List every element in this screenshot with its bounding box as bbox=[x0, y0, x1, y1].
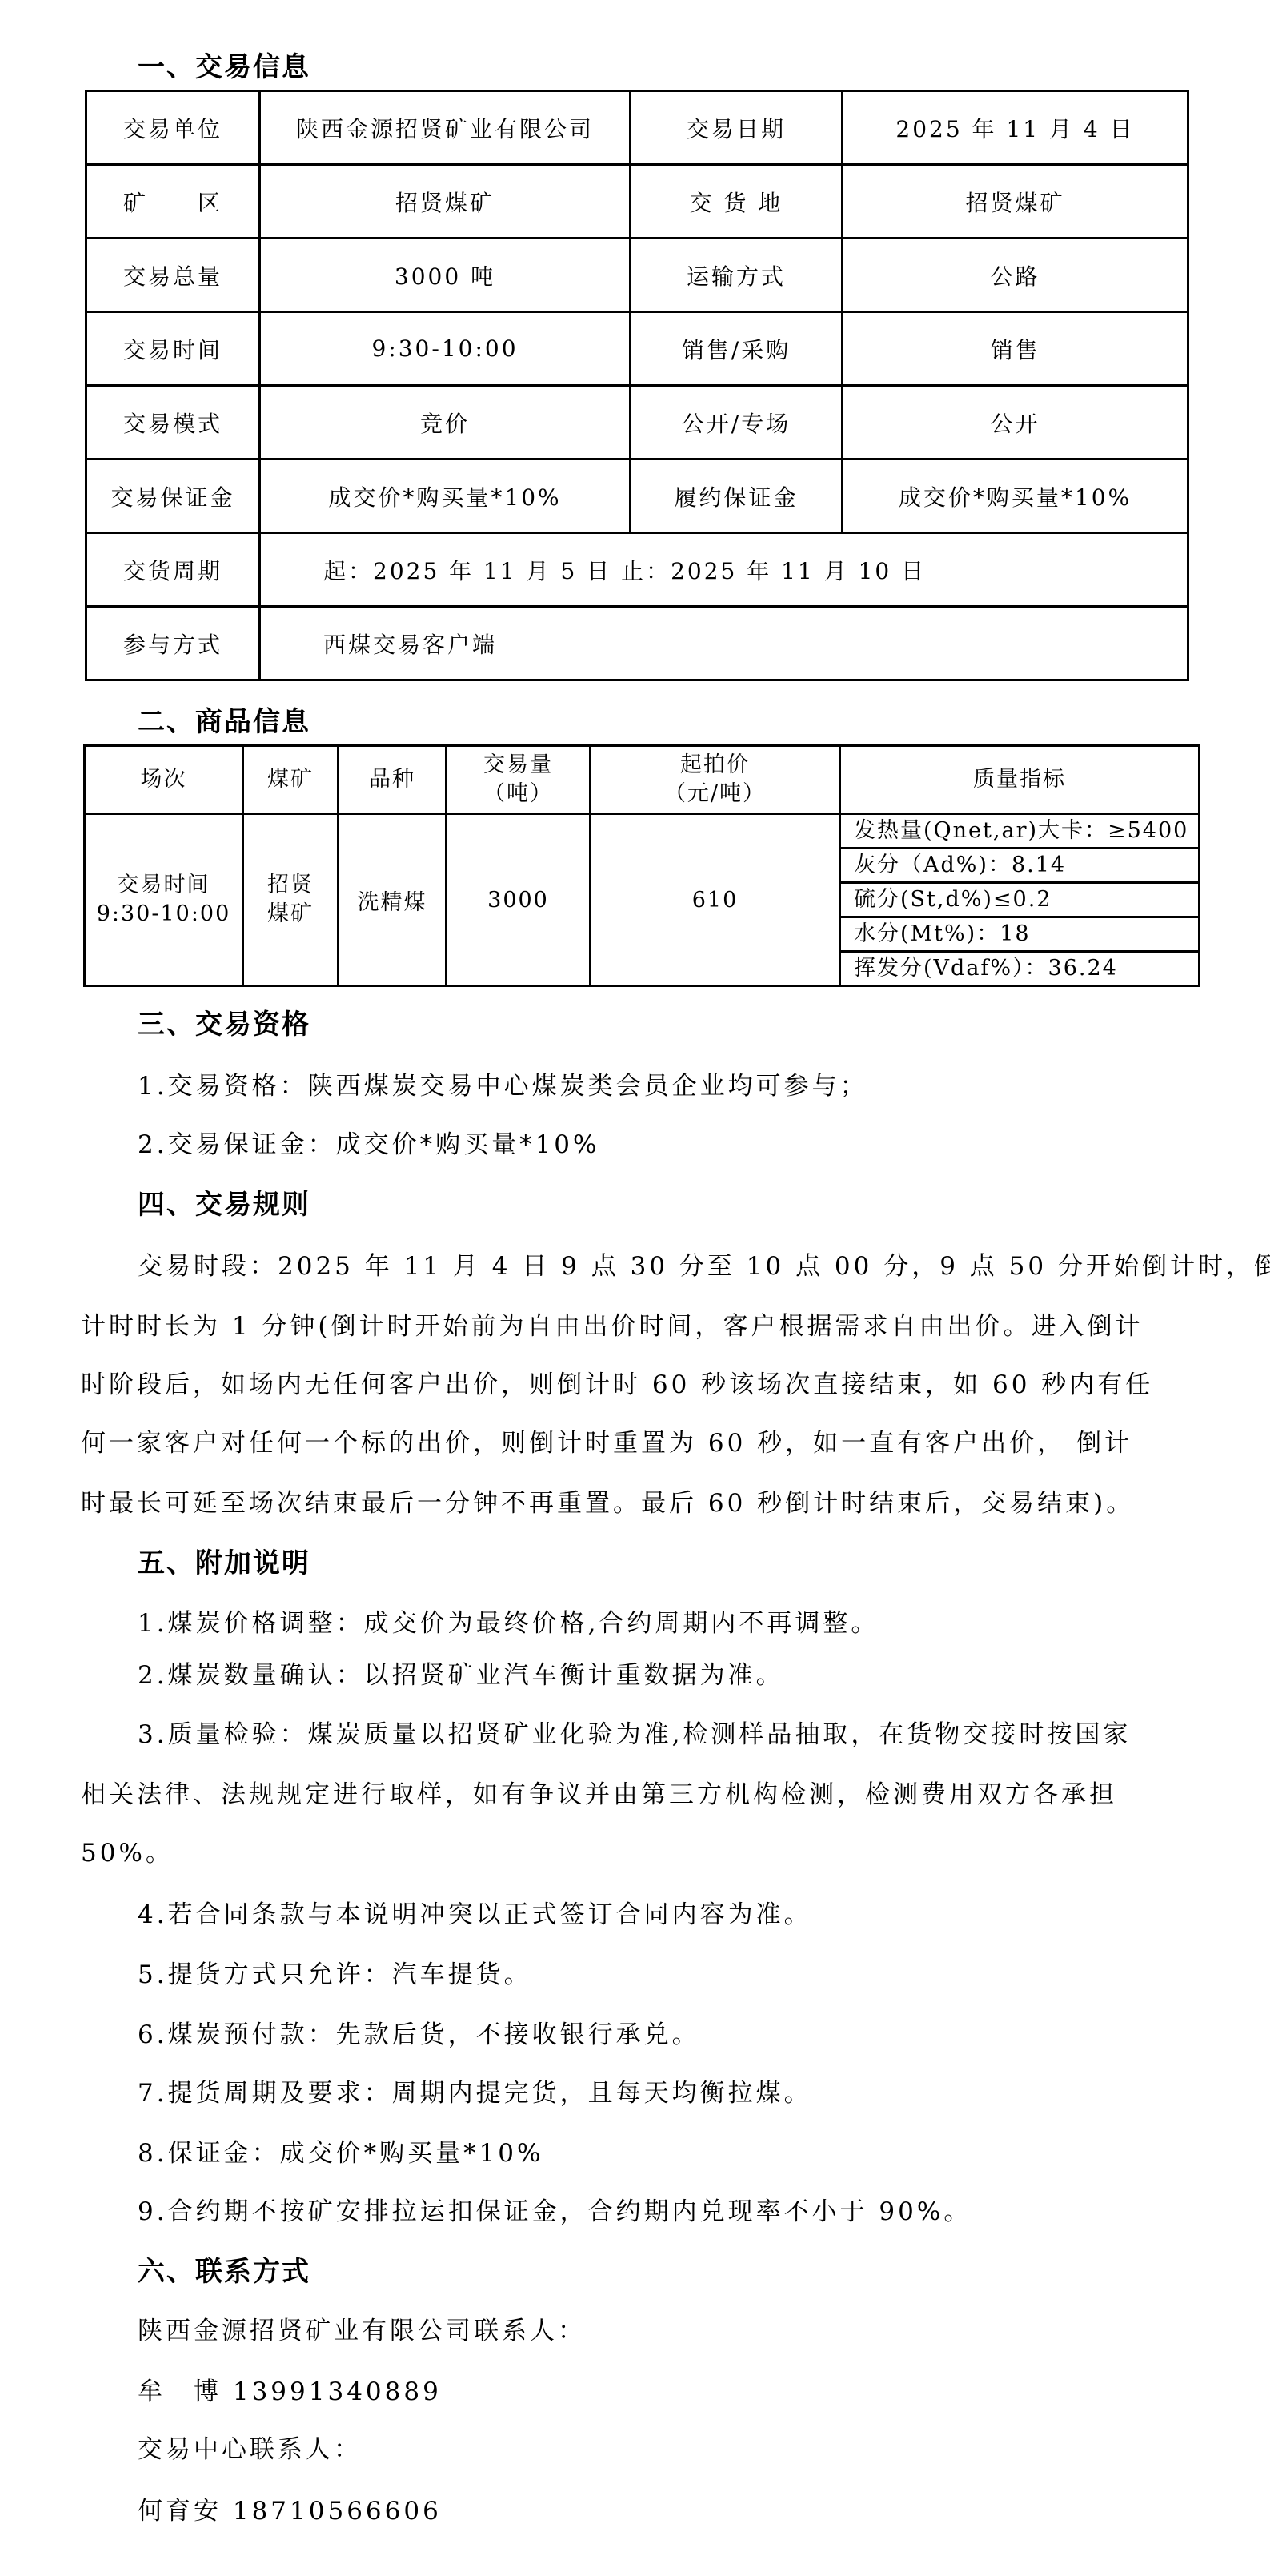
col-header-volume-line2: （吨） bbox=[447, 780, 589, 809]
col-header-volume-line1: 交易量 bbox=[447, 751, 589, 780]
total-volume-label: 交易总量 bbox=[86, 239, 260, 312]
table-row: 参与方式 西煤交易客户端 bbox=[86, 607, 1188, 680]
table-header-row: 场次 煤矿 品种 交易量 （吨） 起拍价 （元/吨） 质量指标 bbox=[85, 746, 1200, 814]
table-row: 交易时间 9:30-10:00 销售/采购 销售 bbox=[86, 312, 1188, 386]
mine-cell: 招贤 煤矿 bbox=[243, 814, 339, 986]
quality-ash: 灰分（Ad%)：8.14 bbox=[840, 849, 1200, 883]
variety-cell: 洗精煤 bbox=[339, 814, 447, 986]
rules-line-2: 计时时长为 1 分钟(倒计时开始前为自由出价时间，客户根据需求自由出价。进入倒计 bbox=[81, 1309, 1144, 1344]
col-header-volume: 交易量 （吨） bbox=[447, 746, 591, 814]
trade-deposit-value: 成交价*购买量*10% bbox=[260, 459, 631, 533]
notes-item-3-line-1: 3.质量检验：煤炭质量以招贤矿业化验为准,检测样品抽取，在货物交接时按国家 bbox=[138, 1717, 1131, 1752]
quality-moisture: 水分(Mt%)：18 bbox=[840, 917, 1200, 952]
mine-line1: 招贤 bbox=[244, 871, 337, 900]
trade-time-value: 9:30-10:00 bbox=[260, 312, 631, 386]
notes-item-7: 7.提货周期及要求：周期内提完货，且每天均衡拉煤。 bbox=[138, 2076, 812, 2111]
col-header-session: 场次 bbox=[85, 746, 243, 814]
rules-line-5: 时最长可延至场次结束最后一分钟不再重置。最后 60 秒倒计时结束后，交易结束)。 bbox=[81, 1486, 1134, 1521]
trade-info-table: 交易单位 陕西金源招贤矿业有限公司 交易日期 2025 年 11 月 4 日 矿… bbox=[85, 90, 1189, 681]
public-special-label: 公开/专场 bbox=[631, 386, 843, 459]
notes-item-6: 6.煤炭预付款：先款后货，不接收银行承兑。 bbox=[138, 2017, 700, 2052]
quality-volatile: 挥发分(Vdaf%）：36.24 bbox=[840, 952, 1200, 986]
public-special-value: 公开 bbox=[843, 386, 1188, 459]
table-row: 交易保证金 成交价*购买量*10% 履约保证金 成交价*购买量*10% bbox=[86, 459, 1188, 533]
trade-time-label: 交易时间 bbox=[86, 312, 260, 386]
qualification-item-2: 2.交易保证金：成交价*购买量*10% bbox=[138, 1127, 599, 1162]
section-heading-rules: 四、交易规则 bbox=[138, 1187, 310, 1222]
section-heading-goods-info: 二、商品信息 bbox=[138, 704, 310, 740]
table-row: 交易总量 3000 吨 运输方式 公路 bbox=[86, 239, 1188, 312]
mine-line2: 煤矿 bbox=[244, 900, 337, 929]
trade-date-label: 交易日期 bbox=[631, 91, 843, 165]
trade-mode-label: 交易模式 bbox=[86, 386, 260, 459]
col-header-quality: 质量指标 bbox=[840, 746, 1200, 814]
session-cell: 交易时间 9:30-10:00 bbox=[85, 814, 243, 986]
notes-item-3-line-2: 相关法律、法规规定进行取样，如有争议并由第三方机构检测，检测费用双方各承担 bbox=[81, 1777, 1117, 1812]
participation-label: 参与方式 bbox=[86, 607, 260, 680]
contact-company-label: 陕西金源招贤矿业有限公司联系人： bbox=[138, 2313, 586, 2349]
trade-date-value: 2025 年 11 月 4 日 bbox=[843, 91, 1188, 165]
table-row: 交易时间 9:30-10:00 招贤 煤矿 洗精煤 3000 610 发热量(Q… bbox=[85, 814, 1200, 849]
delivery-period-value: 起：2025 年 11 月 5 日 止：2025 年 11 月 10 日 bbox=[260, 533, 1188, 607]
table-row: 交货周期 起：2025 年 11 月 5 日 止：2025 年 11 月 10 … bbox=[86, 533, 1188, 607]
section-heading-trade-info: 一、交易信息 bbox=[138, 50, 310, 85]
quality-sulfur: 硫分(St,d%)≤0.2 bbox=[840, 883, 1200, 917]
goods-info-table: 场次 煤矿 品种 交易量 （吨） 起拍价 （元/吨） 质量指标 交易时间 9:3… bbox=[83, 744, 1200, 987]
trade-unit-label: 交易单位 bbox=[86, 91, 260, 165]
rules-line-3: 时阶段后，如场内无任何客户出价，则倒计时 60 秒该场次直接结束，如 60 秒内… bbox=[81, 1367, 1153, 1402]
col-header-price-line1: 起拍价 bbox=[591, 751, 839, 780]
sale-purchase-value: 销售 bbox=[843, 312, 1188, 386]
total-volume-value: 3000 吨 bbox=[260, 239, 631, 312]
performance-deposit-label: 履约保证金 bbox=[631, 459, 843, 533]
participation-value: 西煤交易客户端 bbox=[260, 607, 1188, 680]
volume-cell: 3000 bbox=[447, 814, 591, 986]
trade-deposit-label: 交易保证金 bbox=[86, 459, 260, 533]
rules-line-1: 交易时段：2025 年 11 月 4 日 9 点 30 分至 10 点 00 分… bbox=[138, 1249, 1270, 1284]
col-header-price: 起拍价 （元/吨） bbox=[591, 746, 840, 814]
table-row: 矿 区 招贤煤矿 交 货 地 招贤煤矿 bbox=[86, 165, 1188, 239]
section-heading-contact: 六、联系方式 bbox=[138, 2254, 310, 2289]
sale-purchase-label: 销售/采购 bbox=[631, 312, 843, 386]
notes-item-5: 5.提货方式只允许：汽车提货。 bbox=[138, 1957, 532, 1992]
performance-deposit-value: 成交价*购买量*10% bbox=[843, 459, 1188, 533]
contact-center-person: 何育安 18710566606 bbox=[138, 2494, 442, 2529]
session-line1: 交易时间 bbox=[86, 871, 242, 900]
rules-line-4: 何一家客户对任何一个标的出价，则倒计时重置为 60 秒，如一直有客户出价， 倒计 bbox=[81, 1426, 1132, 1461]
notes-item-8: 8.保证金：成交价*购买量*10% bbox=[138, 2136, 543, 2171]
transport-label: 运输方式 bbox=[631, 239, 843, 312]
notes-item-4: 4.若合同条款与本说明冲突以正式签订合同内容为准。 bbox=[138, 1897, 812, 1932]
price-cell: 610 bbox=[591, 814, 840, 986]
notes-item-3-line-3: 50%。 bbox=[81, 1836, 174, 1871]
section-heading-qualification: 三、交易资格 bbox=[138, 1007, 310, 1042]
delivery-period-label: 交货周期 bbox=[86, 533, 260, 607]
delivery-place-label: 交 货 地 bbox=[631, 165, 843, 239]
mine-area-label: 矿 区 bbox=[86, 165, 260, 239]
notes-item-1: 1.煤炭价格调整：成交价为最终价格,合约周期内不再调整。 bbox=[138, 1606, 879, 1641]
session-line2: 9:30-10:00 bbox=[86, 900, 242, 929]
col-header-variety: 品种 bbox=[339, 746, 447, 814]
mine-area-value: 招贤煤矿 bbox=[260, 165, 631, 239]
notes-item-2: 2.煤炭数量确认：以招贤矿业汽车衡计重数据为准。 bbox=[138, 1658, 784, 1693]
quality-calorific: 发热量(Qnet,ar)大卡：≥5400 bbox=[840, 814, 1200, 849]
trade-mode-value: 竞价 bbox=[260, 386, 631, 459]
col-header-price-line2: （元/吨） bbox=[591, 780, 839, 809]
table-row: 交易单位 陕西金源招贤矿业有限公司 交易日期 2025 年 11 月 4 日 bbox=[86, 91, 1188, 165]
trade-unit-value: 陕西金源招贤矿业有限公司 bbox=[260, 91, 631, 165]
col-header-mine: 煤矿 bbox=[243, 746, 339, 814]
transport-value: 公路 bbox=[843, 239, 1188, 312]
notes-item-9: 9.合约期不按矿安排拉运扣保证金，合约期内兑现率不小于 90%。 bbox=[138, 2194, 972, 2229]
contact-company-person: 牟 博 13991340889 bbox=[138, 2374, 442, 2409]
delivery-place-value: 招贤煤矿 bbox=[843, 165, 1188, 239]
table-row: 交易模式 竞价 公开/专场 公开 bbox=[86, 386, 1188, 459]
section-heading-notes: 五、附加说明 bbox=[138, 1546, 310, 1581]
contact-center-label: 交易中心联系人： bbox=[138, 2432, 362, 2467]
qualification-item-1: 1.交易资格：陕西煤炭交易中心煤炭类会员企业均可参与； bbox=[138, 1069, 868, 1104]
